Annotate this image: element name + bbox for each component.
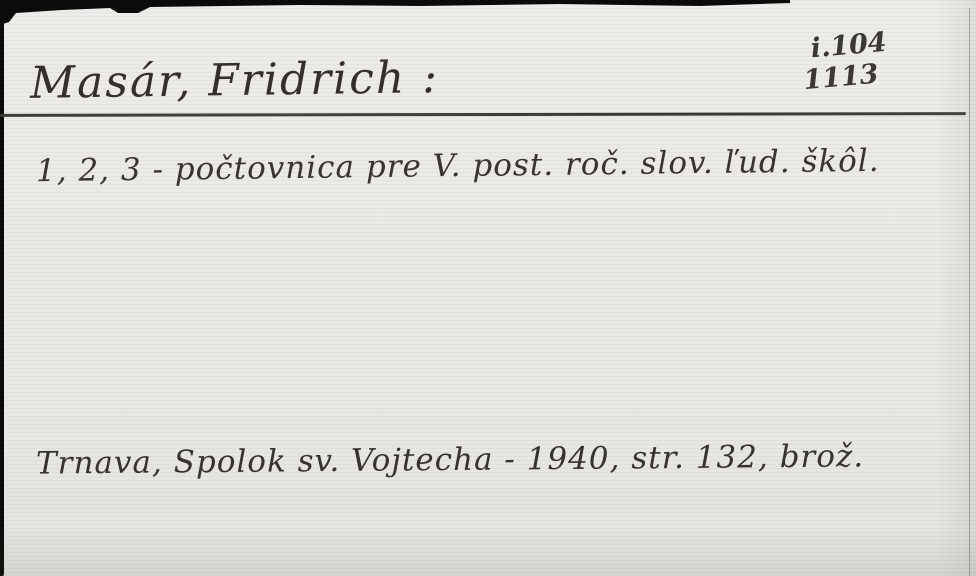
scan-edge-top [0,0,976,26]
ruled-line [0,112,966,117]
card-right-edge-line [969,8,970,576]
scan-edge-left [0,0,4,576]
title-line: 1, 2, 3 - počtovnica pre V. post. roč. s… [36,143,880,189]
imprint-line: Trnava, Spolok sv. Vojtecha - 1940, str.… [36,438,864,481]
catalog-numbers: i.104 1113 [809,27,890,95]
scanned-catalog-card: Masár, Fridrich : i.104 1113 1, 2, 3 - p… [0,0,976,576]
author-heading: Masár, Fridrich : [30,52,440,109]
catalog-number: 1113 [802,58,890,96]
